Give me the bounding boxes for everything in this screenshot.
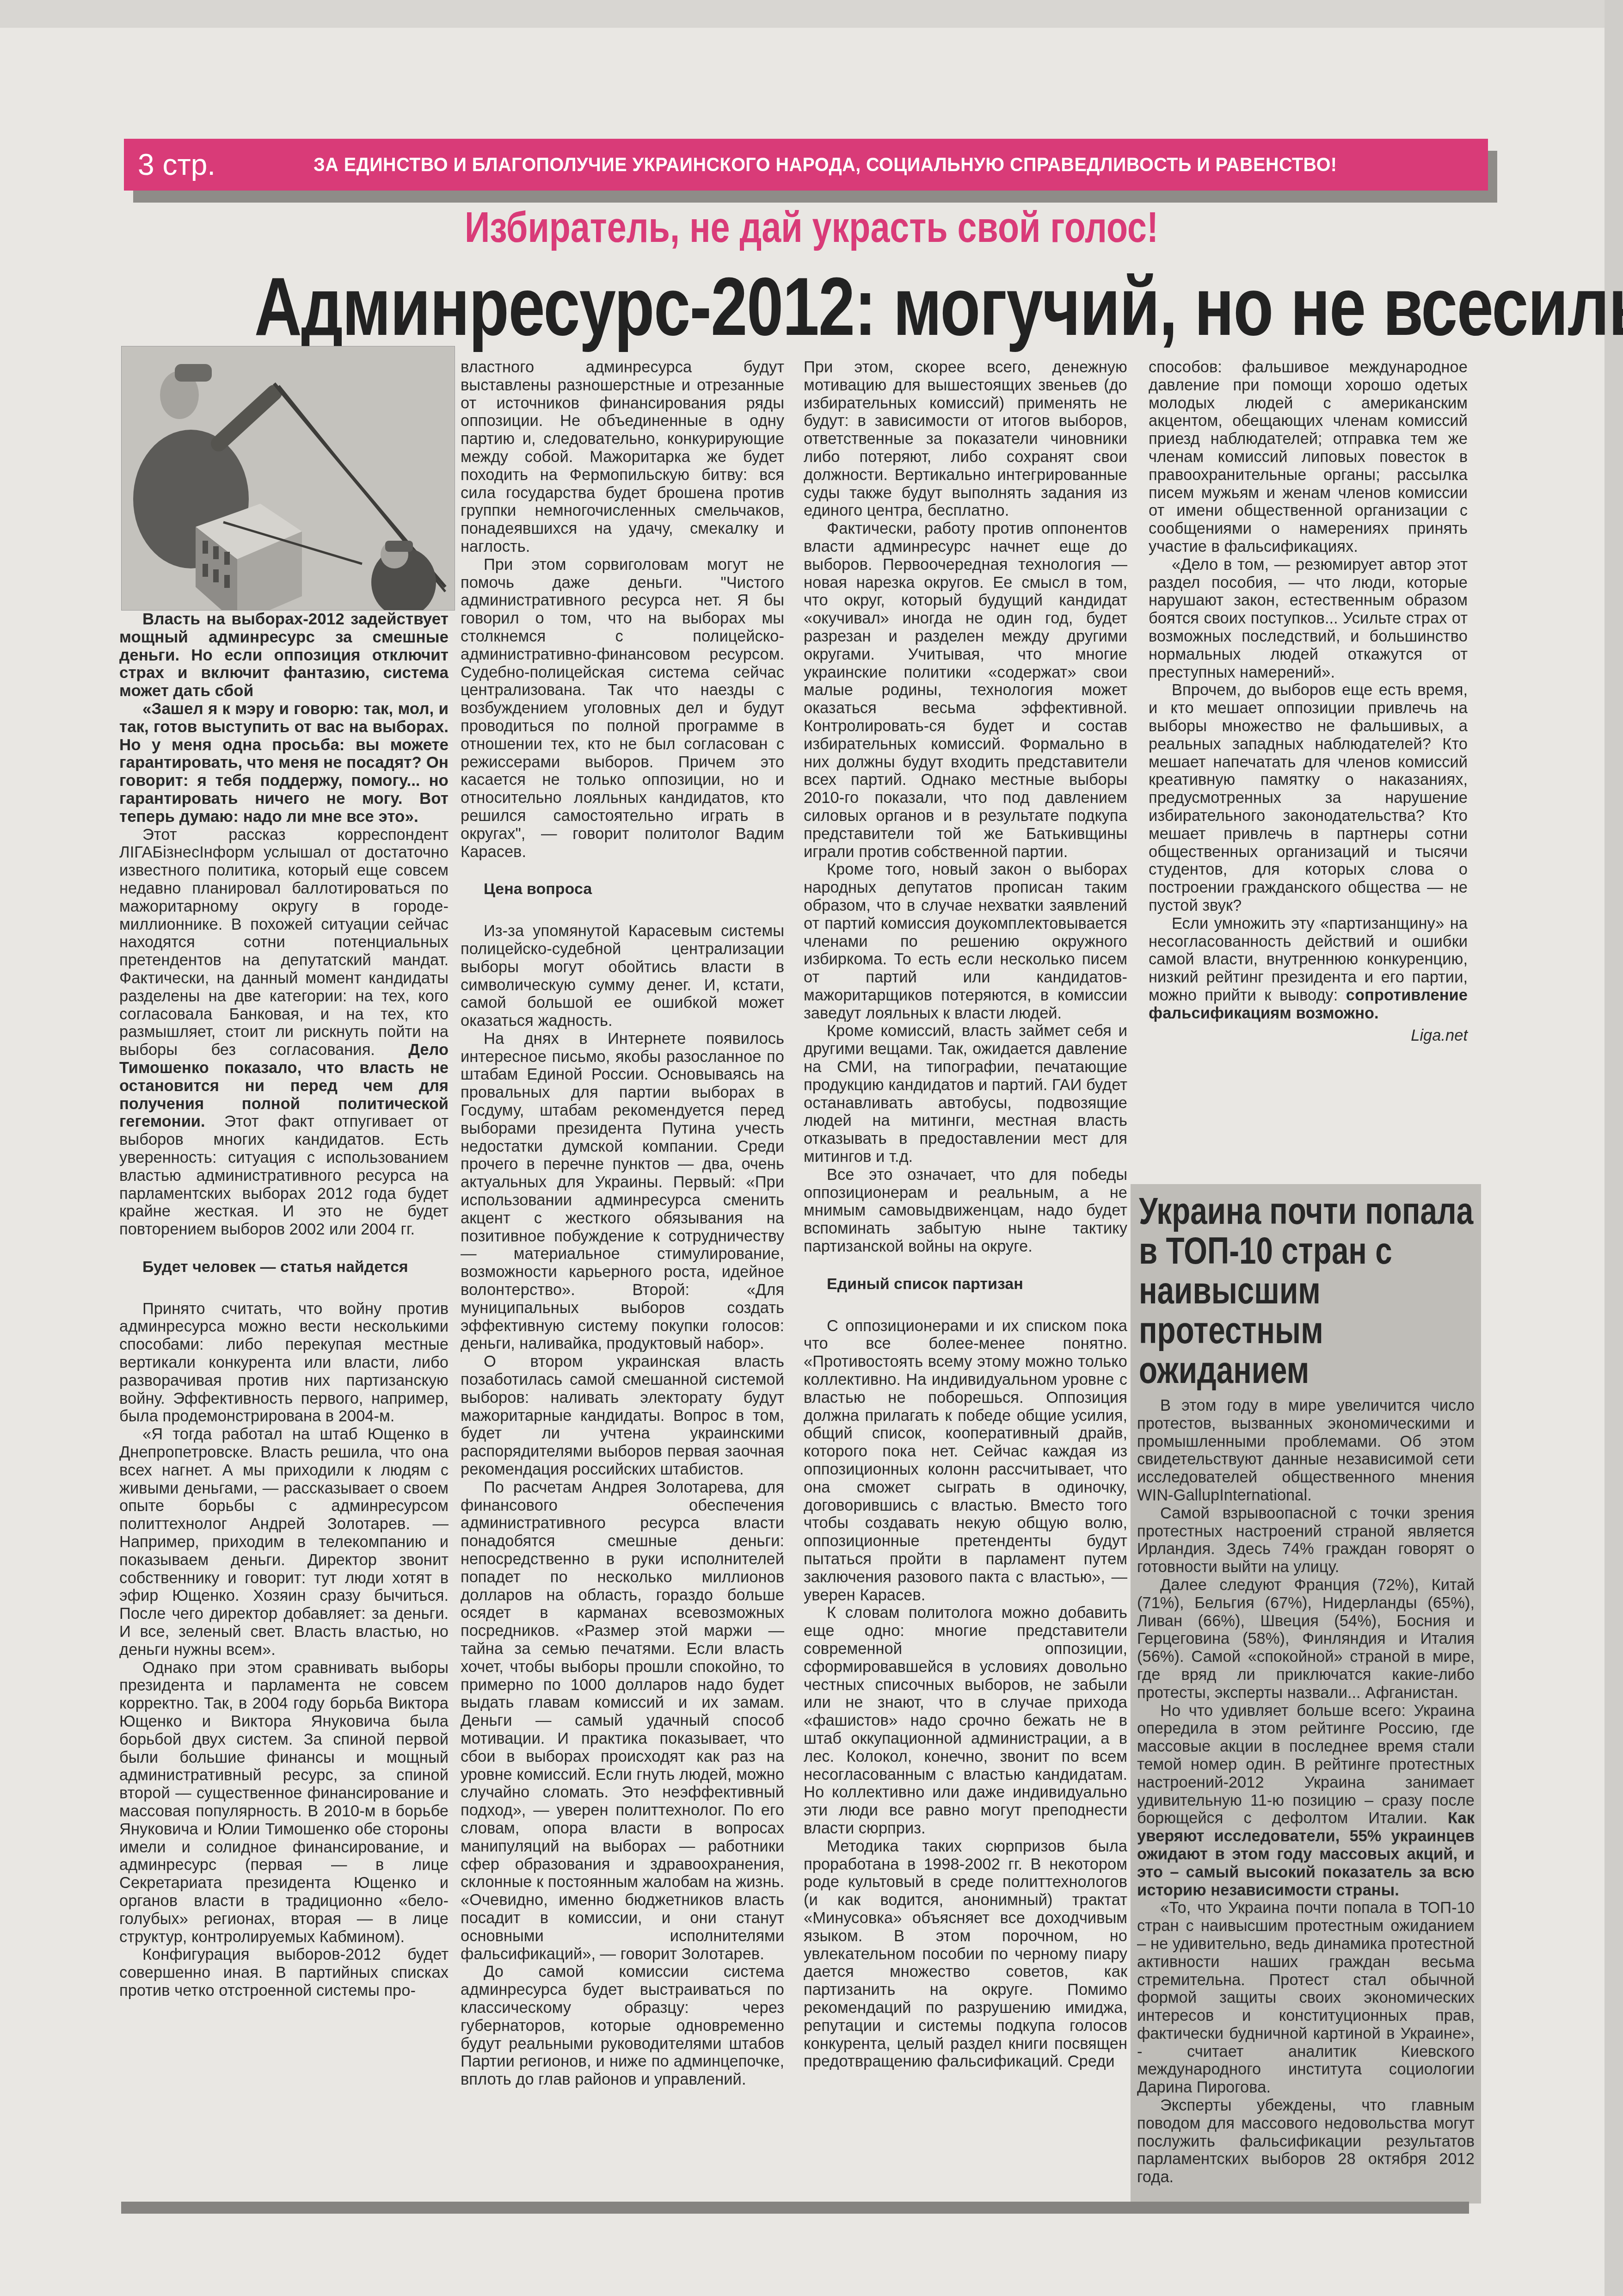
article-source: Liga.net bbox=[1149, 1027, 1468, 1045]
subheading-budet-chelovek: Будет человек — статья найдется bbox=[142, 1258, 449, 1276]
page-footer-rule bbox=[121, 2202, 1469, 2214]
paragraph: Кроме того, новый закон о выборах народн… bbox=[804, 861, 1127, 1022]
paragraph: Конфигурация выборов-2012 будет совершен… bbox=[119, 1946, 449, 2000]
article-headline: Админресурс-2012: могучий, но не всесиль… bbox=[254, 259, 1364, 354]
paragraph: «Дело в том, — резюмирует автор этот раз… bbox=[1149, 556, 1468, 682]
paragraph: «То, что Украина почти попала в ТОП-10 с… bbox=[1137, 1899, 1475, 2097]
header-slogan: ЗА ЕДИНСТВО И БЛАГОПОЛУЧИЕ УКРАИНСКОГО Н… bbox=[314, 154, 1337, 176]
subheading-edinyi-spisok: Единый список партизан bbox=[827, 1275, 1127, 1293]
paragraph: Кроме комиссий, власть займет себя и дру… bbox=[804, 1022, 1127, 1166]
paragraph: властного админресурса будут выставлены … bbox=[461, 358, 784, 556]
lead-quote: «Зашел я к мэру и говорю: так, мол, и та… bbox=[119, 700, 449, 826]
lead-summary: Власть на выборах-2012 задействует мощны… bbox=[119, 611, 449, 700]
article-lead: Власть на выборах-2012 задействует мощны… bbox=[119, 611, 449, 826]
paragraph: К словам политолога можно добавить еще о… bbox=[804, 1604, 1127, 1837]
paragraph: О втором украинская власть позаботилась … bbox=[461, 1353, 784, 1479]
sidebar-title: Украина почти попала в ТОП-10 стран с на… bbox=[1139, 1191, 1479, 1390]
paragraph: Впрочем, до выборов еще есть время, и кт… bbox=[1149, 681, 1468, 914]
page-number: 3 стр. bbox=[138, 148, 314, 182]
article-column-2: властного админресурса будут выставлены … bbox=[461, 358, 784, 2089]
paragraph: Из-за упомянутой Карасевым системы полиц… bbox=[461, 922, 784, 1030]
paragraph: Все это означает, что для победы оппозиц… bbox=[804, 1166, 1127, 1256]
paragraph: До самой комиссии система админресурса б… bbox=[461, 1963, 784, 2089]
paragraph: Если умножить эту «партизанщину» на несо… bbox=[1149, 915, 1468, 1023]
paragraph: Далее следуют Франция (72%), Китай (71%)… bbox=[1137, 1576, 1475, 1702]
scan-margin-top bbox=[0, 0, 1623, 28]
paragraph: способов: фальшивое международное давлен… bbox=[1149, 358, 1468, 556]
article-column-4: способов: фальшивое международное давлен… bbox=[1149, 358, 1468, 1045]
page-header-bar: 3 стр. ЗА ЕДИНСТВО И БЛАГОПОЛУЧИЕ УКРАИН… bbox=[124, 139, 1488, 191]
article-kicker: Избиратель, не дай украсть свой голос! bbox=[146, 204, 1477, 252]
subheading-tsena-voprosa: Цена вопроса bbox=[484, 880, 784, 898]
paragraph: Фактически, работу против оппонентов вла… bbox=[804, 520, 1127, 861]
paragraph: На днях в Интернете появилось интересное… bbox=[461, 1030, 784, 1353]
paragraph: Эксперты убеждены, что главным поводом д… bbox=[1137, 2097, 1475, 2186]
paragraph: В этом году в мире увеличится число прот… bbox=[1137, 1397, 1475, 1505]
paragraph: Самой взрывоопасной с точки зрения проте… bbox=[1137, 1505, 1475, 1576]
paragraph: «Я тогда работал на штаб Ющенко в Днепро… bbox=[119, 1426, 449, 1659]
article-column-1: Власть на выборах-2012 задействует мощны… bbox=[119, 611, 449, 2000]
sidebar-body: В этом году в мире увеличится число прот… bbox=[1137, 1397, 1475, 2186]
paragraph: С оппозиционерами и их списком пока что … bbox=[804, 1317, 1127, 1605]
paragraph: Принято считать, что войну против админр… bbox=[119, 1300, 449, 1426]
paragraph: При этом сорвиголовам могут не помочь да… bbox=[461, 556, 784, 861]
article-column-3: При этом, скорее всего, денежную мотивац… bbox=[804, 358, 1127, 2071]
cartoon-image bbox=[121, 346, 455, 611]
paragraph: Методика таких сюрпризов была проработан… bbox=[804, 1838, 1127, 2071]
paragraph: Однако при этом сравнивать выборы презид… bbox=[119, 1659, 449, 1946]
sidebar-box: Украина почти попала в ТОП-10 стран с на… bbox=[1131, 1184, 1481, 2203]
paragraph: По расчетам Андрея Золотарева, для финан… bbox=[461, 1479, 784, 1963]
paragraph: При этом, скорее всего, денежную мотивац… bbox=[804, 358, 1127, 520]
cartoon-illustration-icon bbox=[122, 346, 455, 610]
paragraph: Этот рассказ корреспондент ЛІГАБізнесІнф… bbox=[119, 826, 449, 1239]
paragraph: Но что удивляет больше всего: Украина оп… bbox=[1137, 1702, 1475, 1900]
